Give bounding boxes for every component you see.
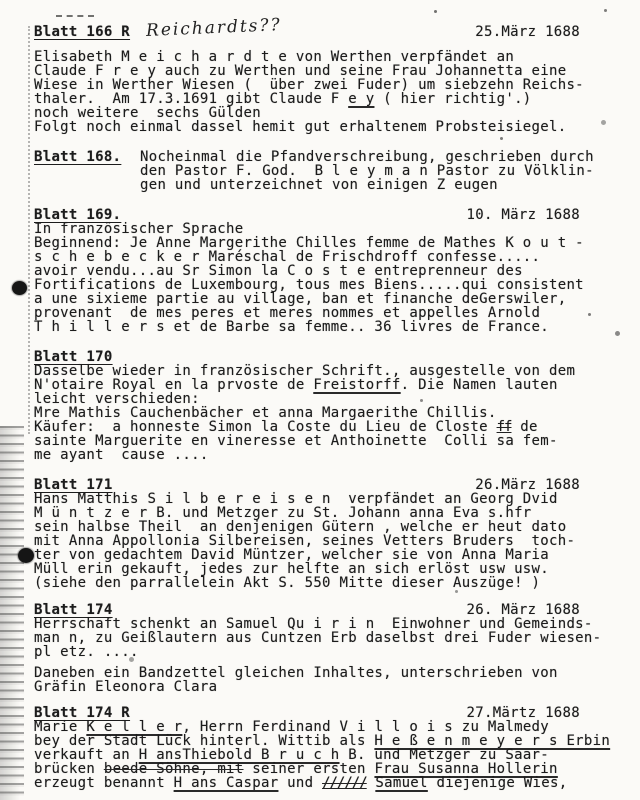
scan-specks bbox=[0, 0, 3, 3]
text-line: N'otaire Royal en la prvoste de Freistor… bbox=[34, 378, 624, 392]
handwritten-note: Reichardts?? bbox=[146, 18, 282, 38]
blatt-heading: Blatt 174 bbox=[34, 603, 113, 617]
text-line: Herrschaft schenkt an Samuel Qu i r i n … bbox=[34, 617, 624, 631]
text-line: M ü n t z e r B. und Metzger zu St. Joha… bbox=[34, 506, 624, 520]
text-line: me ayant cause .... bbox=[34, 448, 624, 462]
text-segment: T h i l l e r s et de Barbe sa femme.. 3… bbox=[34, 319, 549, 335]
section-header: Blatt 166 RReichardts??25.März 1688 bbox=[34, 24, 624, 39]
section-body: Marie K e l l e r, Herrn Ferdinand V i l… bbox=[34, 720, 624, 790]
scanned-document-page: Blatt 166 RReichardts??25.März 1688Elisa… bbox=[0, 0, 640, 800]
text-line: Elisabeth M e i c h a r d t e von Werthe… bbox=[34, 50, 624, 64]
blatt-heading: Blatt 169. bbox=[34, 208, 121, 222]
text-line: gen und unterzeichnet von einigen Z euge… bbox=[140, 178, 594, 192]
annotated-text-segment: H ans Caspar bbox=[174, 775, 279, 791]
text-segment: me ayant cause .... bbox=[34, 447, 209, 463]
text-line: Fortifications de Luxembourg, tous mes B… bbox=[34, 278, 624, 292]
text-line: Käufer: a honneste Simon la Coste du Lie… bbox=[34, 420, 624, 434]
section-blatt-171: Blatt 17126.März 1688Hans Matthis S i l … bbox=[34, 478, 624, 590]
text-line: verkauft an H ansThiebold B r u c h B. u… bbox=[34, 748, 624, 762]
text-line: sainte Marguerite en vineresse et Anthoi… bbox=[34, 434, 624, 448]
text-line: Müll erin gekauft, jedes zur helfte an s… bbox=[34, 562, 624, 576]
section-body: Nocheinmal die Pfandverschreibung, gesch… bbox=[140, 150, 594, 192]
annotated-text-segment: Samuel bbox=[375, 775, 427, 791]
date-label: 25.März 1688 bbox=[475, 25, 580, 39]
text-segment: und bbox=[278, 775, 322, 791]
text-line: Mre Mathis Cauchenbächer et anna Margaer… bbox=[34, 406, 624, 420]
blatt-heading: Blatt 168. bbox=[34, 150, 140, 164]
section-blatt-166-r: Blatt 166 RReichardts??25.März 1688Elisa… bbox=[34, 24, 624, 134]
section-body: Dasselbe wieder in französischer Schrift… bbox=[34, 364, 624, 462]
text-segment: gen und unterzeichnet von einigen Z euge… bbox=[140, 177, 498, 193]
text-line: Nocheinmal die Pfandverschreibung, gesch… bbox=[140, 150, 594, 164]
text-line: man n, zu Geißlautern aus Cuntzen Erb da… bbox=[34, 631, 624, 645]
text-line: Daneben ein Bandzettel gleichen Inhaltes… bbox=[34, 666, 624, 680]
blatt-heading: Blatt 171 bbox=[34, 478, 113, 492]
section-body: Elisabeth M e i c h a r d t e von Werthe… bbox=[34, 50, 624, 134]
blatt-heading: Blatt 166 R bbox=[34, 25, 130, 39]
text-line: brücken beede Söhne, mit seiner ersten F… bbox=[34, 762, 624, 776]
text-line: provenant de mes peres et meres nommes e… bbox=[34, 306, 624, 320]
binding-edge-scan-noise bbox=[0, 426, 24, 800]
section-header: Blatt 169.10. März 1688 bbox=[34, 208, 624, 222]
text-line: erzeugt benannt H ans Caspar und ////// … bbox=[34, 776, 624, 790]
section-header: Blatt 174 R27.Märtz 1688 bbox=[34, 706, 624, 720]
section-header: Blatt 17126.März 1688 bbox=[34, 478, 624, 492]
annotated-text-segment: ////// bbox=[322, 775, 367, 791]
annotated-text-segment: e y bbox=[348, 91, 374, 107]
text-line: mit Anna Appollonia Silbereisen, seines … bbox=[34, 534, 624, 548]
blatt-heading: Blatt 174 R bbox=[34, 706, 130, 720]
text-line: In französischer Sprache bbox=[34, 222, 624, 236]
text-line: Claude F r e y auch zu Werthen und seine… bbox=[34, 64, 624, 78]
hole-punch-mark-bottom bbox=[18, 548, 34, 563]
text-line: Folgt noch einmal dassel hemit gut erhal… bbox=[34, 120, 624, 134]
text-line: leicht verschieden: bbox=[34, 392, 624, 406]
section-blatt-174-r: Blatt 174 R27.Märtz 1688Marie K e l l e … bbox=[34, 706, 624, 790]
left-margin-dotted-line bbox=[28, 26, 30, 434]
annotated-text-segment: Freistorff bbox=[313, 377, 400, 393]
text-line: (siehe den parrallelein Akt S. 550 Mitte… bbox=[34, 576, 624, 590]
handwritten-dashes bbox=[56, 15, 94, 17]
text-segment: diejenige Wies, bbox=[428, 775, 568, 791]
text-line: thaler. Am 17.3.1691 gibt Claude F e y (… bbox=[34, 92, 624, 106]
text-line: noch weitere sechs Gülden bbox=[34, 106, 624, 120]
text-line: bey der Stadt Lück hinterl. Wittib als H… bbox=[34, 734, 624, 748]
document-sections: Blatt 166 RReichardts??25.März 1688Elisa… bbox=[34, 24, 624, 790]
text-line: den Pastor F. God. B l e y m a n Pastor … bbox=[140, 164, 594, 178]
date-label: 10. März 1688 bbox=[467, 208, 580, 222]
section-header: Blatt 17426. März 1688 bbox=[34, 603, 624, 617]
date-label: 26. März 1688 bbox=[467, 603, 580, 617]
hole-punch-mark-top bbox=[12, 281, 27, 295]
text-segment: . Die Namen lauten bbox=[401, 377, 558, 393]
text-segment: erzeugt benannt bbox=[34, 775, 174, 791]
text-segment: Gräfin Eleonora Clara bbox=[34, 679, 217, 695]
text-line: s c h e b e c k e r Maréschal de Frischd… bbox=[34, 250, 624, 264]
text-line: avoir vendu...au Sr Simon la C o s t e e… bbox=[34, 264, 624, 278]
date-label: 27.Märtz 1688 bbox=[467, 706, 580, 720]
date-label: 26.März 1688 bbox=[475, 478, 580, 492]
text-line: Beginnend: Je Anne Margerithe Chilles fe… bbox=[34, 236, 624, 250]
section-header: Blatt 170 bbox=[34, 350, 624, 364]
text-line: Marie K e l l e r, Herrn Ferdinand V i l… bbox=[34, 720, 624, 734]
text-segment: ( hier richtig'.) bbox=[374, 91, 531, 107]
text-segment: Folgt noch einmal dassel hemit gut erhal… bbox=[34, 119, 566, 135]
section-blatt-168: Blatt 168.Nocheinmal die Pfandverschreib… bbox=[34, 150, 624, 192]
text-line: ter von gedachtem David Müntzer, welcher… bbox=[34, 548, 624, 562]
section-body: In französischer SpracheBeginnend: Je An… bbox=[34, 222, 624, 334]
section-blatt-170: Blatt 170Dasselbe wieder in französische… bbox=[34, 350, 624, 462]
section-blatt-174: Blatt 17426. März 1688Herrschaft schenkt… bbox=[34, 603, 624, 694]
section-body: Herrschaft schenkt an Samuel Qu i r i n … bbox=[34, 617, 624, 694]
text-line: Dasselbe wieder in französischer Schrift… bbox=[34, 364, 624, 378]
section-blatt-169: Blatt 169.10. März 1688In französischer … bbox=[34, 208, 624, 334]
text-line: pl etz. .... bbox=[34, 645, 624, 659]
text-line: T h i l l e r s et de Barbe sa femme.. 3… bbox=[34, 320, 624, 334]
text-line: Wiese in Werther Wiesen ( über zwei Fude… bbox=[34, 78, 624, 92]
text-segment: pl etz. .... bbox=[34, 644, 139, 660]
text-line: Gräfin Eleonora Clara bbox=[34, 680, 624, 694]
text-line: sein halbse Theil an denjenigen Gütern ,… bbox=[34, 520, 624, 534]
section-header: Blatt 168.Nocheinmal die Pfandverschreib… bbox=[34, 150, 624, 192]
text-line: a une sixieme partie au village, ban et … bbox=[34, 292, 624, 306]
text-segment: (siehe den parrallelein Akt S. 550 Mitte… bbox=[34, 575, 540, 591]
text-line: Hans Matthis S i l b e r e i s e n verpf… bbox=[34, 492, 624, 506]
blatt-heading: Blatt 170 bbox=[34, 350, 113, 364]
section-body: Hans Matthis S i l b e r e i s e n verpf… bbox=[34, 492, 624, 590]
